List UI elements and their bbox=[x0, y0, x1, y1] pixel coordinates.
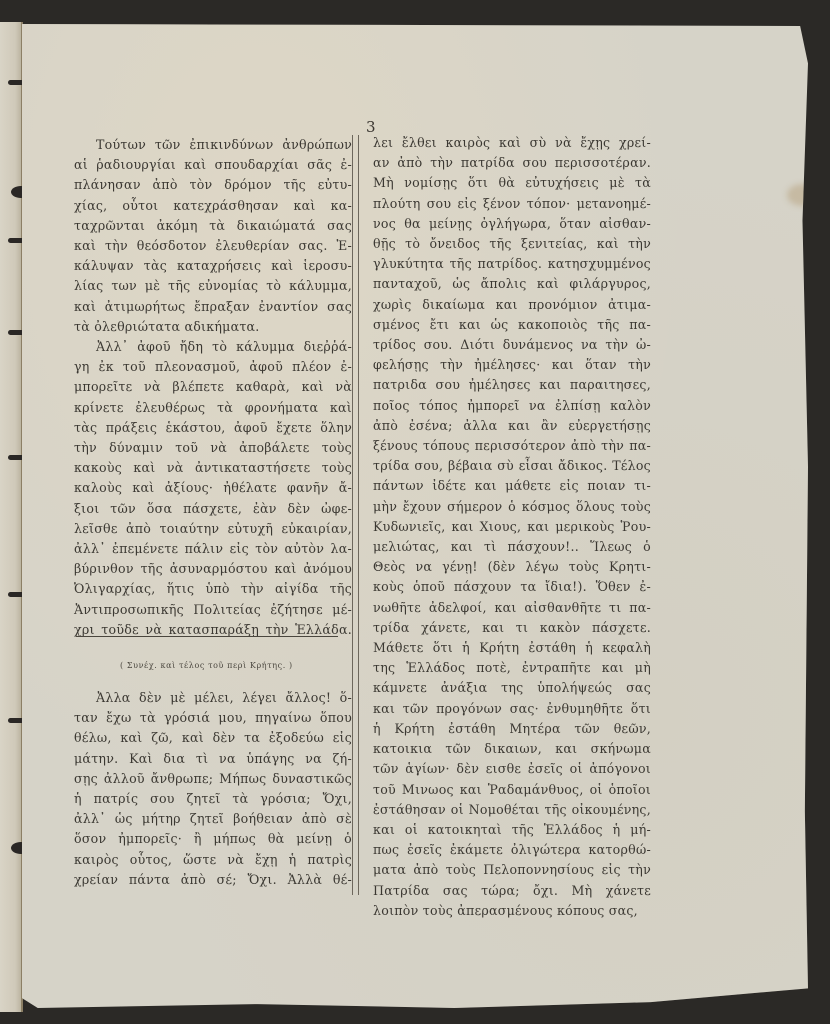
text-line: αἱ ῥαδιουργίαι καὶ σπουδαρχίαι σᾶς ἐ- bbox=[74, 155, 352, 175]
text-line: της Ἑλλάδος ποτὲ, ἐντραπῆτε και μὴ bbox=[373, 658, 651, 678]
text-line: θῇς τὸ ὄνειδος τῆς ξενιτείας, καὶ τὴν bbox=[373, 234, 651, 254]
text-line: Πατρίδα σας τώρα; ὄχι. Μὴ χάνετε bbox=[373, 881, 651, 901]
text-line: καὶ τὴν θεόσδοτον ἐλευθερίαν σας. Ἐ- bbox=[74, 236, 352, 256]
column-divider-double-rule bbox=[352, 135, 359, 895]
text-line: μὴν ἔχουν σήμερον ὁ κόσμος ὅλους τοὺς bbox=[373, 497, 651, 517]
text-line: κοὺς ὁποῦ πάσχουν τα ἴδια!). Ὅθεν ἐ- bbox=[373, 577, 651, 597]
text-line: θέλω, καὶ ζῶ, καὶ δὲν τα ἐξοδεύω εἰς bbox=[74, 728, 352, 748]
paragraph: Τούτων τῶν ἐπικινδύνων ἀνθρώπων αἱ ῥαδιο… bbox=[74, 135, 352, 337]
text-line: ἀλλ᾽ ὡς μήτηρ ζητεῖ βοήθειαν ἀπὸ σὲ bbox=[74, 809, 352, 829]
text-line: πλούτη σου εἰς ξένον τόπον· μετανοημέ- bbox=[373, 194, 651, 214]
text-line: τὰς πράξεις ἑκάστου, ἀφοῦ ἔχετε ὅλην bbox=[74, 418, 352, 438]
text-line: Θεὸς να γένῃ! (δὲν λέγω τοὺς Κρητι- bbox=[373, 557, 651, 577]
text-line: τρίδα χάνετε, και τι κακὸν πάσχετε. bbox=[373, 618, 651, 638]
text-line: ποῖος τόπος ἠμπορεῖ να ἐλπίσῃ καλὸν bbox=[373, 396, 651, 416]
text-line: τὰ ὀλεθριώτατα αδικήματα. bbox=[74, 317, 352, 337]
text-line: γλυκύτητα τῆς πατρίδος. κατησχυμμένος bbox=[373, 254, 651, 274]
text-line: πάντων ἰδέτε και μάθετε εἰς ποιαν τι- bbox=[373, 476, 651, 496]
section-divider-rule bbox=[76, 636, 338, 637]
right-column: λει ἔλθει καιρὸς καὶ σὺ νὰ ἔχῃς χρεί- αν… bbox=[373, 133, 651, 921]
text-line: χωρὶς δικαίωμα και προνόμιον ἀτιμα- bbox=[373, 295, 651, 315]
text-line: χρι τοῦδε νὰ κατασπαράξῃ τὴν Ἑλλάδα. bbox=[74, 620, 352, 640]
text-line: σῃς ἀλλοῦ ἄνθρωπε; Μήπως δυναστικῶς bbox=[74, 769, 352, 789]
text-line: σμένος ἔτι και ὡς κακοποιὸς τῆς πα- bbox=[373, 315, 651, 335]
text-line: χρείαν πάντα ἀπὸ σέ; Ὄχι. Ἀλλὰ θέ- bbox=[74, 870, 352, 890]
text-line: βύρινθον τῆς ἀσυναρμόστου καὶ ἀνόμου bbox=[74, 559, 352, 579]
text-line: ἐστάθησαν οἱ Νομοθέται τῆς οἰκουμένης, bbox=[373, 800, 651, 820]
text-line: ἀλλ᾽ ἐπεμένετε πάλιν εἰς τὸν αὐτὸν λα- bbox=[74, 539, 352, 559]
text-line: πλάνησαν ἀπὸ τὸν δρόμον τῆς εὐτυ- bbox=[74, 175, 352, 195]
paragraph: Ἀλλα δὲν μὲ μέλει, λέγει ἄλλος! ὅ- ταν ἔ… bbox=[74, 688, 352, 890]
text-line: τοῦ Μινωος και Ῥαδαμάνθυος, οἱ ὁποῖοι bbox=[373, 780, 651, 800]
text-line: ἡ πατρίς σου ζητεῖ τὰ γρόσια; Ὄχι, bbox=[74, 789, 352, 809]
text-line: Κυδωνιεῖς, και Χιους, και μερικοὺς Ῥου- bbox=[373, 517, 651, 537]
text-line: μάτην. Καὶ δια τὶ να ὑπάγης να ζή- bbox=[74, 749, 352, 769]
text-line: Ἀλλ᾽ ἀφοῦ ἤδη τὸ κάλυμμα διεῤῥά- bbox=[74, 337, 352, 357]
text-line: νωθῆτε ἀδελφοί, και αἰσθανθῆτε τι πα- bbox=[373, 598, 651, 618]
text-line: Μάθετε ὅτι ἡ Κρήτη ἐστάθη ἡ κεφαλὴ bbox=[373, 638, 651, 658]
text-line: τρίδος σου. Διότι δυνάμενος να τὴν ὠ- bbox=[373, 335, 651, 355]
text-line: Ἀντιπροσωπικῆς Πολιτείας ἐζήτησε μέ- bbox=[74, 600, 352, 620]
text-line: τρίδα σου, βέβαια σὺ εἶσαι ἄδικος. Τέλος bbox=[373, 456, 651, 476]
text-line: καλοὺς καὶ ἀξίους· ἠθέλατε φανῆν ἄ- bbox=[74, 478, 352, 498]
text-line: λοιπὸν τοὺς ἀπερασμένους κόπους σας, bbox=[373, 901, 651, 921]
text-line: Τούτων τῶν ἐπικινδύνων ἀνθρώπων bbox=[74, 135, 352, 155]
text-line: κάλυψαν τὰς καταχρήσεις καὶ ἱεροσυ- bbox=[74, 256, 352, 276]
text-line: κακοὺς καὶ νὰ ἀντικαταστήσετε τοὺς bbox=[74, 458, 352, 478]
text-line: τῶν ἁγίων· δὲν εισθε ἐσεῖς οἱ ἀπόγονοι bbox=[373, 759, 651, 779]
text-line: αν ἀπὸ τὴν πατρίδα σου περισσοτέραν. bbox=[373, 153, 651, 173]
text-line: μελιώτας, και τὶ πάσχουν!.. Ἵλεως ὁ bbox=[373, 537, 651, 557]
paper-stain bbox=[787, 184, 817, 206]
text-line: πανταχοῦ, ὡς ἄπολις καὶ φιλάργυρος, bbox=[373, 274, 651, 294]
text-line: νος θα μείνῃς ὀγλήγωρα, ὅταν αἰσθαν- bbox=[373, 214, 651, 234]
text-line: χίας, οὗτοι κατεχράσθησαν καὶ κα- bbox=[74, 196, 352, 216]
text-line: τὴν δύναμιν τοῦ νὰ ἀποβάλετε τοὺς bbox=[74, 438, 352, 458]
text-line: μπορεῖτε νὰ βλέπετε καθαρὰ, καὶ νὰ bbox=[74, 377, 352, 397]
continuation-caption: ( Συνέχ. καὶ τέλος τοῦ περὶ Κρήτης. ) bbox=[120, 661, 293, 670]
paragraph: λει ἔλθει καιρὸς καὶ σὺ νὰ ἔχῃς χρεί- αν… bbox=[373, 133, 651, 921]
text-line: ἀπὸ ἐσένα; ἀλλα και ἂν εὐεργετήσῃς bbox=[373, 416, 651, 436]
text-line: ἡ Κρήτη ἐστάθη Μητέρα τῶν θεῶν, bbox=[373, 719, 651, 739]
text-line: και οἱ κατοικηταὶ τῆς Ἑλλάδος ἡ μή- bbox=[373, 820, 651, 840]
text-line: λει ἔλθει καιρὸς καὶ σὺ νὰ ἔχῃς χρεί- bbox=[373, 133, 651, 153]
text-line: Ὀλιγαρχίας, ἥτις ὑπὸ τὴν αἰγίδα τῆς bbox=[74, 579, 352, 599]
left-column-top: Τούτων τῶν ἐπικινδύνων ἀνθρώπων αἱ ῥαδιο… bbox=[74, 135, 352, 640]
text-line: κρίνετε ἐλευθέρως τὰ φρονήματα καὶ bbox=[74, 398, 352, 418]
text-line: ταχρῶνται ἀκόμη τὰ δικαιώματά σας bbox=[74, 216, 352, 236]
text-line: ματα ἀπὸ τοὺς Πελοποννησίους εἰς τὴν bbox=[373, 860, 651, 880]
text-line: πως ἐσεῖς ἐκάμετε ὀλιγώτερα κατορθώ- bbox=[373, 840, 651, 860]
text-line: καὶ ἀτιμωρήτως ἔπραξαν ἐναντίον σας bbox=[74, 297, 352, 317]
text-line: και τῶν προγόνων σας· ἐνθυμηθῆτε ὅτι bbox=[373, 699, 651, 719]
text-line: ξιοι τῶν ὅσα πάσχετε, ἐὰν δὲν ὠφε- bbox=[74, 499, 352, 519]
text-line: Μὴ νομίσῃς ὅτι θὰ εὐτυχήσεις μὲ τὰ bbox=[373, 173, 651, 193]
text-line: ταν ἔχω τὰ γρόσιά μου, πηγαίνω ὅπου bbox=[74, 708, 352, 728]
text-line: λεῖσθε ἀπὸ τοιαύτην εὐτυχῆ εὐκαιρίαν, bbox=[74, 519, 352, 539]
paragraph: Ἀλλ᾽ ἀφοῦ ἤδη τὸ κάλυμμα διεῤῥά- γη ἐκ τ… bbox=[74, 337, 352, 640]
text-line: ξένους τόπους περισσότερον ἀπὸ τὴν πα- bbox=[373, 436, 651, 456]
text-line: Ἀλλα δὲν μὲ μέλει, λέγει ἄλλος! ὅ- bbox=[74, 688, 352, 708]
text-line: κάμνετε ἀνάξια της ὑπολήψεώς σας bbox=[373, 678, 651, 698]
text-line: λίας των μὲ τῆς εὐνομίας τὸ κάλυμμα, bbox=[74, 276, 352, 296]
text-line: καιρὸς οὗτος, ὥστε νὰ ἔχῃ ἡ πατρὶς bbox=[74, 850, 352, 870]
text-line: γη ἐκ τοῦ πλεονασμοῦ, ἀφοῦ πλέον ἐ- bbox=[74, 357, 352, 377]
previous-page-edge bbox=[0, 22, 22, 1012]
text-line: φελήσῃς τὴν ἠμέλησες· και ὅταν τὴν bbox=[373, 355, 651, 375]
left-column-bottom: Ἀλλα δὲν μὲ μέλει, λέγει ἄλλος! ὅ- ταν ἔ… bbox=[74, 688, 352, 890]
text-line: κατοικια τῶν δικαιων, και σκήνωμα bbox=[373, 739, 651, 759]
text-line: ὅσον ἠμπορεῖς· ἢ μήπως θὰ μείνῃ ὁ bbox=[74, 829, 352, 849]
text-line: πατριδα σου ἠμέλησες και παραιτησες, bbox=[373, 375, 651, 395]
